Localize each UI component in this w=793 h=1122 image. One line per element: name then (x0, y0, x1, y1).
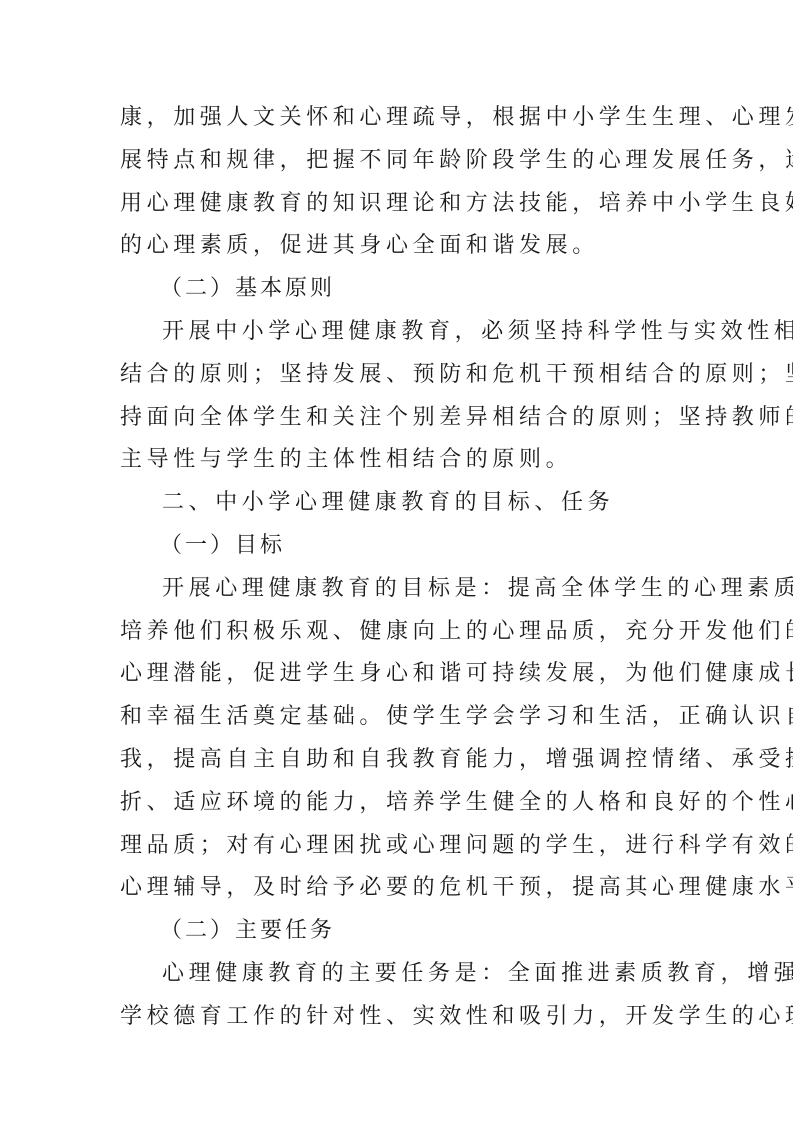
paragraph-line: 用心理健康教育的知识理论和方法技能，培养中小学生良好 (120, 189, 680, 219)
paragraph-line: 康，加强人文关怀和心理疏导，根据中小学生生理、心理发 (120, 103, 680, 133)
paragraph-line: 折、适应环境的能力，培养学生健全的人格和良好的个性心 (120, 788, 680, 818)
section-heading-goals: （一）目标 (160, 531, 720, 561)
section-heading-goals-tasks: 二、中小学心理健康教育的目标、任务 (162, 488, 722, 518)
paragraph-line: 心理辅导，及时给予必要的危机干预，提高其心理健康水平。 (120, 873, 680, 903)
paragraph-line: 主导性与学生的主体性相结合的原则。 (120, 445, 680, 475)
paragraph-line: 我，提高自主自助和自我教育能力，增强调控情绪、承受挫 (120, 745, 680, 775)
paragraph-line: 开展心理健康教育的目标是：提高全体学生的心理素质， (162, 574, 722, 604)
paragraph-line: 和幸福生活奠定基础。使学生学会学习和生活，正确认识自 (120, 702, 680, 732)
paragraph-line: 理品质；对有心理困扰或心理问题的学生，进行科学有效的 (120, 831, 680, 861)
paragraph-line: 培养他们积极乐观、健康向上的心理品质，充分开发他们的 (120, 617, 680, 647)
paragraph-line: 开展中小学心理健康教育，必须坚持科学性与实效性相 (162, 317, 722, 347)
paragraph-line: 心理潜能，促进学生身心和谐可持续发展，为他们健康成长 (120, 659, 680, 689)
paragraph-line: 的心理素质，促进其身心全面和谐发展。 (120, 231, 680, 261)
paragraph-line: 持面向全体学生和关注个别差异相结合的原则；坚持教师的 (120, 403, 680, 433)
paragraph-line: 学校德育工作的针对性、实效性和吸引力，开发学生的心理 (120, 1002, 680, 1032)
paragraph-line: 心理健康教育的主要任务是：全面推进素质教育，增强 (162, 959, 722, 989)
section-heading-basic-principles: （二）基本原则 (160, 274, 720, 304)
paragraph-line: 展特点和规律，把握不同年龄阶段学生的心理发展任务，运 (120, 146, 680, 176)
paragraph-line: 结合的原则；坚持发展、预防和危机干预相结合的原则；坚 (120, 360, 680, 390)
document-page: 康，加强人文关怀和心理疏导，根据中小学生生理、心理发 展特点和规律，把握不同年龄… (0, 0, 793, 1122)
section-heading-main-tasks: （二）主要任务 (160, 916, 720, 946)
